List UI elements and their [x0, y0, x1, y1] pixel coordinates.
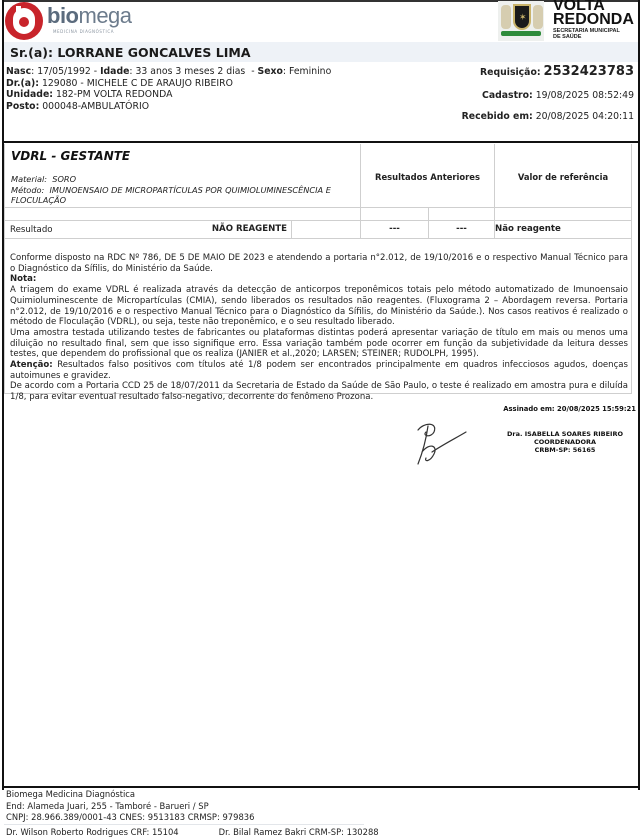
exam-meta: Material: SORO Método: IMUNOENSAIO DE MI… — [11, 174, 351, 206]
footer-divider — [2, 786, 640, 788]
section-divider — [2, 141, 640, 143]
material-line: Material: SORO — [11, 174, 351, 185]
biomega-logo-icon — [5, 2, 43, 40]
company-address: End: Alameda Juari, 255 - Tamboré - Baru… — [6, 801, 254, 813]
notes-paragraph-1: A triagem do exame VDRL é realizada atra… — [10, 285, 628, 328]
post-line: Posto: 000048-AMBULATÓRIO — [6, 101, 331, 113]
volta-redonda-logo: ✶ VOLTAREDONDA SECRETARIA MUNICIPALDE SA… — [496, 1, 636, 41]
company-ids: CNPJ: 28.966.389/0001-43 CNES: 9513183 C… — [6, 812, 254, 824]
responsible-doctor-1: Dr. Wilson Roberto Rodrigues CRF: 15104 — [6, 827, 179, 837]
doctor-line: Dr.(a): 129080 - MICHELE C DE ARAUJO RIB… — [6, 78, 331, 90]
patient-name: Sr.(a): LORRANE GONCALVES LIMA — [10, 45, 251, 60]
biomega-tagline: MEDICINA DIAGNÓSTICA — [53, 29, 114, 34]
signer-block: Dra. ISABELLA SOARES RIBEIRO COORDENADOR… — [500, 430, 630, 454]
result-label: Resultado — [10, 225, 53, 235]
signer-name: Dra. ISABELLA SOARES RIBEIRO — [500, 430, 630, 438]
request-number: Requisição: 2532423783 — [480, 66, 634, 79]
method-line: Método: IMUNOENSAIO DE MICROPARTÍCULAS P… — [11, 185, 351, 206]
responsible-doctors: Dr. Wilson Roberto Rodrigues CRF: 15104D… — [6, 827, 379, 837]
previous-result-1: --- — [361, 224, 428, 234]
sex: Feminino — [289, 66, 331, 77]
previous-results-header: Resultados Anteriores — [361, 172, 494, 182]
exam-title: VDRL - GESTANTE — [11, 149, 130, 163]
unit-line: Unidade: 182-PM VOLTA REDONDA — [6, 89, 331, 101]
previous-result-2: --- — [429, 224, 494, 234]
notes-heading: Nota: — [10, 274, 628, 285]
received-date: Recebido em: 20/08/2025 04:20:11 — [462, 111, 634, 123]
signed-at: Assinado em: 20/08/2025 15:59:21 — [503, 405, 636, 413]
result-value: NÃO REAGENTE — [154, 224, 287, 234]
age: 33 anos 3 meses 2 dias — [136, 66, 246, 77]
company-name: Biomega Medicina Diagnóstica — [6, 789, 254, 801]
signer-role: COORDENADORA — [500, 438, 630, 446]
patient-details: Nasc: 17/05/1992 - Idade: 33 anos 3 mese… — [6, 66, 331, 112]
biomega-wordmark: biomega — [47, 3, 132, 29]
footer-company-info: Biomega Medicina Diagnóstica End: Alamed… — [6, 789, 254, 824]
notes-attention: Atenção: Resultados falso positivos com … — [10, 360, 628, 381]
frame-right-border — [638, 0, 640, 790]
signer-registry: CRBM-SP: 56165 — [500, 446, 630, 454]
reference-value-header: Valor de referência — [495, 172, 631, 182]
frame-left-border — [2, 0, 4, 790]
responsible-doctor-2: Dr. Bilal Ramez Bakri CRM-SP: 130288 — [219, 827, 379, 837]
handwritten-signature-icon — [404, 412, 470, 472]
notes-paragraph-2: Uma amostra testada utilizando testes de… — [10, 328, 628, 360]
volta-redonda-title: VOLTAREDONDA — [553, 0, 634, 27]
birth-age-sex-line: Nasc: 17/05/1992 - Idade: 33 anos 3 mese… — [6, 66, 331, 78]
footer-separator — [4, 824, 364, 825]
patient-band: Sr.(a): LORRANE GONCALVES LIMA — [4, 42, 638, 62]
exam-notes: Conforme disposto na RDC Nº 786, DE 5 DE… — [10, 253, 628, 403]
volta-redonda-subtitle: SECRETARIA MUNICIPALDE SAÚDE — [553, 28, 620, 40]
reference-value: Não reagente — [495, 224, 561, 234]
coat-of-arms-icon: ✶ — [498, 1, 544, 41]
biomega-logo: biomega MEDICINA DIAGNÓSTICA — [5, 2, 135, 40]
notes-intro: Conforme disposto na RDC Nº 786, DE 5 DE… — [10, 253, 628, 274]
lab-report-page: biomega MEDICINA DIAGNÓSTICA ✶ VOLTAREDO… — [0, 0, 642, 837]
registration-date: Cadastro: 19/08/2025 08:52:49 — [482, 90, 634, 102]
birth-date: 17/05/1992 — [37, 66, 91, 77]
notes-paragraph-4: De acordo com a Portaria CCD 25 de 18/07… — [10, 381, 628, 402]
